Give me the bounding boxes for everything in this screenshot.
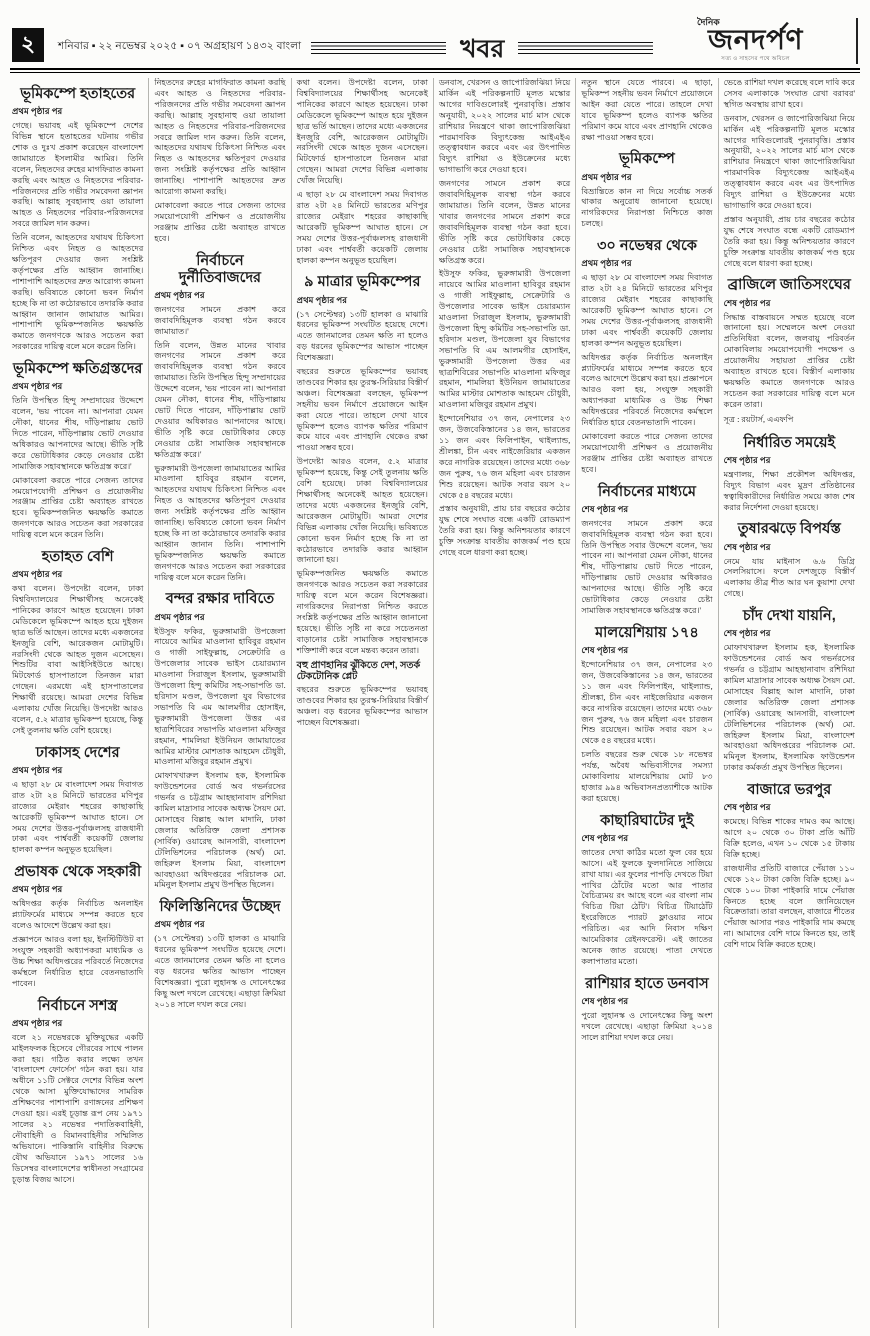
- page-number: ২: [21, 27, 35, 64]
- column-1: ভূমিকম্পে হতাহতেরপ্রথম পৃষ্ঠার পরগেছে। ভ…: [10, 78, 148, 1328]
- article-headline: কাছারিঘাটের দুই: [581, 813, 712, 830]
- article-headline: মালয়েশিয়ায় ১৭৪: [581, 625, 712, 642]
- continuation-label: প্রথম পৃষ্ঠার পর: [154, 289, 285, 303]
- article-body: অধিদপ্তর কর্তৃক নির্বাচিত অনলাইন প্ল্যাট…: [581, 353, 712, 429]
- article-headline: হতাহত বেশি: [12, 549, 143, 566]
- header-rule-thin: [10, 72, 860, 73]
- article-headline: নির্বাচনে দুর্নীতিবাজদের: [154, 253, 285, 287]
- article-body: রাজধানীর প্রতিটি বাজারে পেঁয়াজ ১১০ থেকে…: [724, 864, 855, 951]
- article-body: মোফাখখারুল ইসলাম হক, ইসলামিক ফাউন্ডেশনের…: [724, 643, 855, 774]
- continuation-label: প্রথম পৃষ্ঠার পর: [297, 294, 428, 308]
- continuation-label: শেষ পৃষ্ঠার পর: [724, 627, 855, 641]
- article-body: নতুন স্থানে যেতে পারবে। এ ছাড়া, ভূমিকম্…: [581, 78, 712, 143]
- article-body: মন্ত্রণালয়, শিক্ষা প্রকৌশল অধিদপ্তর, বি…: [724, 470, 855, 514]
- article-body: ইন্দোনেশিয়ার ৩৭ জন, নেপালের ২৩ জন, উজবে…: [439, 414, 570, 501]
- article-body: তিনি বলেন, আহতদের যথাযথ চিকিৎসা নিশ্চিত …: [12, 233, 143, 353]
- article-body: (১৭ সেপ্টেম্বর) ১৩টি হালকা ও মাঝারি ধরনে…: [297, 310, 428, 365]
- page-number-box: ২: [12, 28, 44, 62]
- article-body: বছরের শুরুতে ভূমিকম্পের ভয়াবহ তাণ্ডবের …: [297, 367, 428, 454]
- article-headline: ৯ মাত্রার ভূমিকম্পের: [297, 274, 428, 291]
- article-headline: ফিলিস্তিনিদের উচ্ছেদ: [154, 899, 285, 916]
- continuation-label: শেষ পৃষ্ঠার পর: [724, 297, 855, 311]
- masthead-title: জনদর্পণ: [663, 27, 848, 55]
- continuation-label: শেষ পৃষ্ঠার পর: [581, 503, 712, 517]
- article-headline: ভূমিকম্পে: [581, 151, 712, 168]
- article-body: নিহতদের রুহের মাগফিরাত কামনা করছি এবং আহ…: [154, 78, 285, 198]
- article-headline: ভূমিকম্পে ক্ষতিগ্রস্তদের: [12, 361, 143, 378]
- decorative-rules-left: [311, 42, 446, 55]
- continuation-label: প্রথম পৃষ্ঠার পর: [581, 171, 712, 185]
- article-body: (১৭ সেপ্টেম্বর) ১৩টি হালকা ও মাঝারি ধরনে…: [154, 934, 285, 1010]
- continuation-label: শেষ পৃষ্ঠার পর: [581, 995, 712, 1009]
- column-5: নতুন স্থানে যেতে পারবে। এ ছাড়া, ভূমিকম্…: [575, 78, 717, 1328]
- article-body: মোকাবেলা করতে পারে সেজন্য তাদের সময়োপযো…: [12, 476, 143, 541]
- article-headline: নির্বাচনের মাধ্যমে: [581, 484, 712, 501]
- article-body: মোকাবেলা করতে পারে সেজন্য তাদের সময়োপযো…: [581, 432, 712, 476]
- article-body: ইউসুফ ফকির, ভুরুঙ্গামারী উপজেলা নায়েবে …: [154, 627, 285, 769]
- article-body: বলে ২১ নভেম্বরকে মুক্তিযুদ্ধের একটি মাইল…: [12, 1033, 143, 1186]
- continuation-label: প্রথম পৃষ্ঠার পর: [581, 257, 712, 271]
- continuation-label: প্রথম পৃষ্ঠার পর: [154, 611, 285, 625]
- inline-subhead: বহু প্রাণহানির ঝুঁকিতে দেশ, সতর্ক টেকটোন…: [297, 660, 428, 684]
- continuation-label: প্রথম পৃষ্ঠার পর: [154, 918, 285, 932]
- article-body: গেছে। ভয়াবহ এই ভূমিকম্পে দেশের বিভিন্ন …: [12, 121, 143, 230]
- newspaper-page: ২ শনিবার ▪ ২২ নভেম্বর ২০২৫ ▪ ০৭ অগ্রহায়…: [0, 0, 870, 1336]
- article-headline: ব্রাজিলে জাতিসংঘের: [724, 277, 855, 294]
- article-headline: নির্ধারিত সময়েই: [724, 435, 855, 452]
- article-body: মোফাখখারুল ইসলাম হক, ইসলামিক ফাউন্ডেশনের…: [154, 771, 285, 891]
- article-body: এ ছাড়া ২৮ মে বাংলাদেশ সময় দিবাগত রাত ২…: [297, 190, 428, 266]
- article-body: জাতের দেখা কাঠির মতো ফুল বের হয়ে আসে। এ…: [581, 848, 712, 968]
- column-6: ভেঙে রাশিয়া দখল করেছে বলে দাবি করে সেসব…: [718, 78, 860, 1328]
- article-headline: ঢাকাসহ দেশের: [12, 745, 143, 762]
- article-body: ইউসুফ ফকির, ভুরুঙ্গামারী উপজেলা নায়েবে …: [439, 269, 570, 411]
- page-header: ২ শনিবার ▪ ২২ নভেম্বর ২০২৫ ▪ ০৭ অগ্রহায়…: [12, 12, 858, 64]
- article-headline: চাঁদ দেখা যায়নি,: [724, 608, 855, 625]
- article-headline: ৩০ নভেম্বর থেকে: [581, 238, 712, 255]
- article-headline: নির্বাচনে সশস্ত্র: [12, 998, 143, 1015]
- article-body: ভুরুঙ্গামারী উপজেলা জামায়াতের আমির মাওল…: [154, 464, 285, 584]
- source-line: সূত্র : রয়টার্স, এএফপি: [724, 414, 855, 427]
- article-body: কমেছে। বিভিন্ন শাকের দামও কম আছে। আগে ২০…: [724, 817, 855, 861]
- article-body: চলতি বছরের শুরু থেকে ১৮ নভেম্বর পর্যন্ত,…: [581, 750, 712, 805]
- column-3: কথা বলেন। উপদেষ্টা বলেন, ঢাকা বিশ্ববিদ্য…: [291, 78, 433, 1328]
- article-body: কথা বলেন। উপদেষ্টা বলেন, ঢাকা বিশ্ববিদ্য…: [297, 78, 428, 187]
- continuation-label: শেষ পৃষ্ঠার পর: [724, 454, 855, 468]
- article-body: পুরো লুহানস্ক ও দোনেৎস্কের কিছু অংশ দখলে…: [581, 1011, 712, 1044]
- article-body: প্রস্তাব অনুযায়ী, প্রায় চার বছরের কঠোর…: [724, 215, 855, 270]
- article-headline: বাজারে ভরপুর: [724, 782, 855, 799]
- article-body: প্রজ্ঞাপনে আরও বলা হয়, ইনস্টিটিউট বা সং…: [12, 935, 143, 990]
- article-body: জনগণের সামনে প্রকাশ করে জবাবদিহিমূলক ব্য…: [154, 305, 285, 338]
- article-body: বছরের শুরুতে ভূমিকম্পের ভয়াবহ তাণ্ডবের …: [297, 685, 428, 729]
- article-headline: তুষারঝড়ে বিপর্যস্ত: [724, 521, 855, 538]
- section-title: খবর: [460, 37, 504, 62]
- continuation-label: প্রথম পৃষ্ঠার পর: [12, 1017, 143, 1031]
- continuation-label: প্রথম পৃষ্ঠার পর: [12, 568, 143, 582]
- continuation-label: প্রথম পৃষ্ঠার পর: [12, 105, 143, 119]
- article-body: ডনবাস, খেরসন ও জাপোরিজঝিয়া নিয়ে মার্কি…: [724, 114, 855, 212]
- date-line: শনিবার ▪ ২২ নভেম্বর ২০২৫ ▪ ০৭ অগ্রহায়ণ …: [58, 39, 301, 56]
- header-rule-thick: [10, 68, 860, 70]
- article-body: নেমে যায় মাইনাস ৬.৬ ডিগ্রি সেলসিয়াসে। …: [724, 557, 855, 601]
- article-body: এ ছাড়া ২৮ মে বাংলাদেশ সময় দিবাগত রাত ২…: [581, 273, 712, 349]
- article-body: অধিদপ্তর কর্তৃক নির্বাচিত অনলাইন প্ল্যাট…: [12, 899, 143, 932]
- columns: ভূমিকম্পে হতাহতেরপ্রথম পৃষ্ঠার পরগেছে। ভ…: [10, 78, 860, 1328]
- column-4: ডনবাস, খেরসন ও জাপোরিজঝিয়া নিয়ে মার্কি…: [433, 78, 575, 1328]
- article-body: ভূমিকম্পজনিত ক্ষয়ক্ষতি কমাতে জনগণকে আরও…: [297, 569, 428, 656]
- article-body: এ ছাড়া ২৮ মে বাংলাদেশ সময় দিবাগত রাত ২…: [12, 780, 143, 856]
- article-body: জনগণের সামনে প্রকাশ করে জবাবদিহিমূলক ব্য…: [439, 179, 570, 266]
- article-headline: রাশিয়ার হাতে ডনবাস: [581, 976, 712, 993]
- continuation-label: শেষ পৃষ্ঠার পর: [724, 801, 855, 815]
- masthead: দৈনিক জনদর্পণ সত্য ও সাহসের পথে অবিচল: [663, 18, 858, 64]
- article-body: প্রস্তাব অনুযায়ী, প্রায় চার বছরের কঠোর…: [439, 504, 570, 559]
- article-headline: প্রভাষক থেকে সহকারী: [12, 864, 143, 881]
- article-headline: বন্দর রক্ষার দাবিতে: [154, 591, 285, 608]
- article-body: সিদ্ধান্ত বাস্তবায়নে সম্মত হয়েছে বলে জ…: [724, 313, 855, 411]
- article-body: উপদেষ্টা আরও বলেন, ৫.২ মাত্রার ভূমিকম্প …: [297, 457, 428, 566]
- article-body: ডনবাস, খেরসন ও জাপোরিজঝিয়া নিয়ে মার্কি…: [439, 78, 570, 176]
- continuation-label: শেষ পৃষ্ঠার পর: [581, 832, 712, 846]
- decorative-rules-right: [518, 42, 653, 55]
- article-headline: ভূমিকম্পে হতাহতের: [12, 86, 143, 103]
- continuation-label: শেষ পৃষ্ঠার পর: [724, 541, 855, 555]
- article-body: মোকাবেলা করতে পারে সেজন্য তাদের সময়োপযো…: [154, 201, 285, 245]
- continuation-label: শেষ পৃষ্ঠার পর: [581, 644, 712, 658]
- article-body: ভেঙে রাশিয়া দখল করেছে বলে দাবি করে সেসব…: [724, 78, 855, 111]
- continuation-label: প্রথম পৃষ্ঠার পর: [12, 380, 143, 394]
- article-body: জনগণের সামনে প্রকাশ করে জবাবদিহিমূলক ব্য…: [581, 519, 712, 617]
- article-body: তিনি উপস্থিত হিন্দু সম্প্রদায়ের উদ্দেশে…: [12, 396, 143, 472]
- article-body: ইন্দোনেশিয়ার ৩৭ জন, নেপালের ২৩ জন, উজবে…: [581, 660, 712, 747]
- continuation-label: প্রথম পৃষ্ঠার পর: [12, 764, 143, 778]
- article-body: বিভ্রান্তিতে কান না দিয়ে সর্বোচ্চ সতর্ক…: [581, 187, 712, 231]
- article-body: কথা বলেন। উপদেষ্টা বলেন, ঢাকা বিশ্ববিদ্য…: [12, 584, 143, 737]
- continuation-label: প্রথম পৃষ্ঠার পর: [12, 883, 143, 897]
- masthead-tagline: সত্য ও সাহসের পথে অবিচল: [663, 56, 848, 64]
- column-2: নিহতদের রুহের মাগফিরাত কামনা করছি এবং আহ…: [148, 78, 290, 1328]
- article-body: তিনি বলেন, উন্নত মানের খাবার জনগণের সামন…: [154, 341, 285, 461]
